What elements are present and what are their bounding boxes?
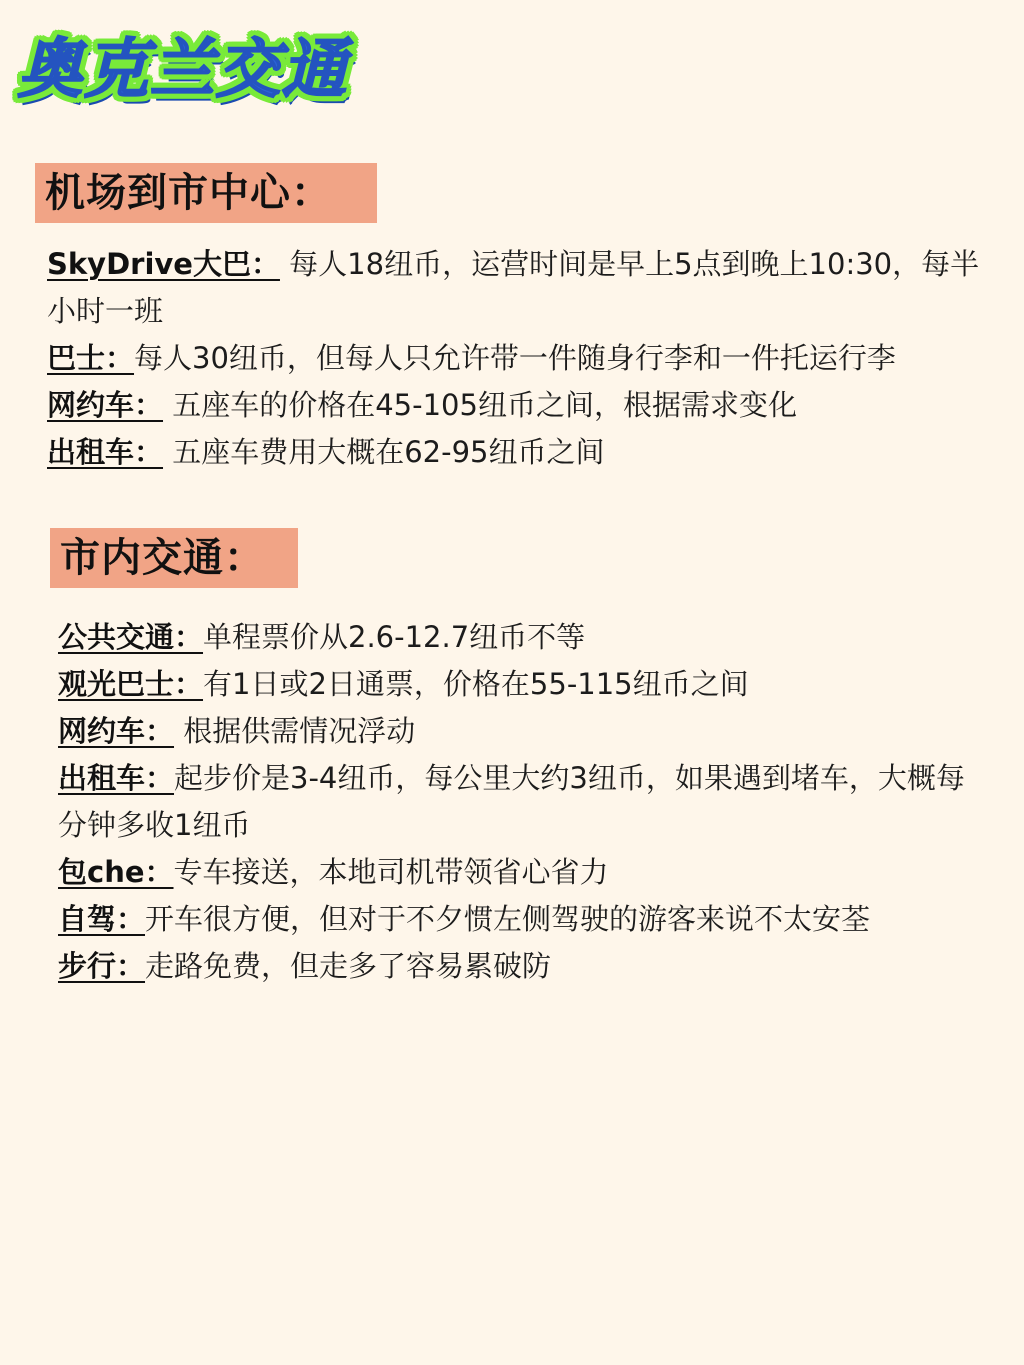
list-item-self-drive: 自驾：开车很方便，但对于不夕惯左侧驾驶的游客来说不太安荃 (58, 896, 988, 943)
airport-transport-list: SkyDrive大巴： 每人18纽币，运营时间是早上5点到晚上10:30，每半小… (47, 241, 997, 476)
item-label: 巴士： (47, 341, 134, 375)
list-item-taxi: 出租车： 五座车费用大概在62-95纽币之间 (47, 429, 997, 476)
item-label: 出租车： (47, 435, 163, 469)
item-description: 走路免费，但走多了容易累破防 (145, 949, 551, 983)
item-label: 出租车： (58, 761, 174, 795)
item-description: 有1日或2日通票，价格在55-115纽币之间 (203, 667, 749, 701)
city-transport-list: 公共交通：单程票价从2.6-12.7纽币不等 观光巴士：有1日或2日通票，价格在… (58, 614, 988, 990)
item-description: 单程票价从2.6-12.7纽币不等 (203, 620, 585, 654)
section-heading-city-transport: 市内交通： (50, 528, 298, 588)
item-description: 专车接送，本地司机带领省心省力 (174, 855, 609, 889)
list-item-taxi: 出租车：起步价是3-4纽币，每公里大约3纽币，如果遇到堵车，大概每分钟多收1纽币 (58, 755, 988, 849)
list-item-bus: 巴士：每人30纽币，但每人只允许带一件随身行李和一件托运行李 (47, 335, 997, 382)
item-label: 观光巴士： (58, 667, 203, 701)
list-item-ride-hailing: 网约车： 五座车的价格在45-105纽币之间，根据需求变化 (47, 382, 997, 429)
item-label: 网约车： (47, 388, 163, 422)
item-description: 每人30纽币，但每人只允许带一件随身行李和一件托运行李 (134, 341, 896, 375)
section-heading-airport-to-city: 机场到市中心： (35, 163, 377, 223)
list-item-sightseeing-bus: 观光巴士：有1日或2日通票，价格在55-115纽币之间 (58, 661, 988, 708)
list-item-private-charter: 包che：专车接送，本地司机带领省心省力 (58, 849, 988, 896)
item-description: 根据供需情况浮动 (174, 714, 415, 748)
item-label: 包che： (58, 855, 174, 889)
item-description: 起步价是3-4纽币，每公里大约3纽币，如果遇到堵车，大概每分钟多收1纽币 (58, 761, 965, 842)
item-description: 五座车的价格在45-105纽币之间，根据需求变化 (163, 388, 797, 422)
item-description: 开车很方便，但对于不夕惯左侧驾驶的游客来说不太安荃 (145, 902, 870, 936)
item-label: SkyDrive大巴： (47, 247, 280, 281)
list-item-walking: 步行：走路免费，但走多了容易累破防 (58, 943, 988, 990)
list-item-skydrive-bus: SkyDrive大巴： 每人18纽币，运营时间是早上5点到晚上10:30，每半小… (47, 241, 997, 335)
item-label: 步行： (58, 949, 145, 983)
item-label: 公共交通： (58, 620, 203, 654)
page-title: 奥克兰交通 (18, 30, 348, 110)
item-label: 自驾： (58, 902, 145, 936)
item-description: 五座车费用大概在62-95纽币之间 (163, 435, 605, 469)
list-item-public-transport: 公共交通：单程票价从2.6-12.7纽币不等 (58, 614, 988, 661)
list-item-ride-hailing: 网约车： 根据供需情况浮动 (58, 708, 988, 755)
item-label: 网约车： (58, 714, 174, 748)
